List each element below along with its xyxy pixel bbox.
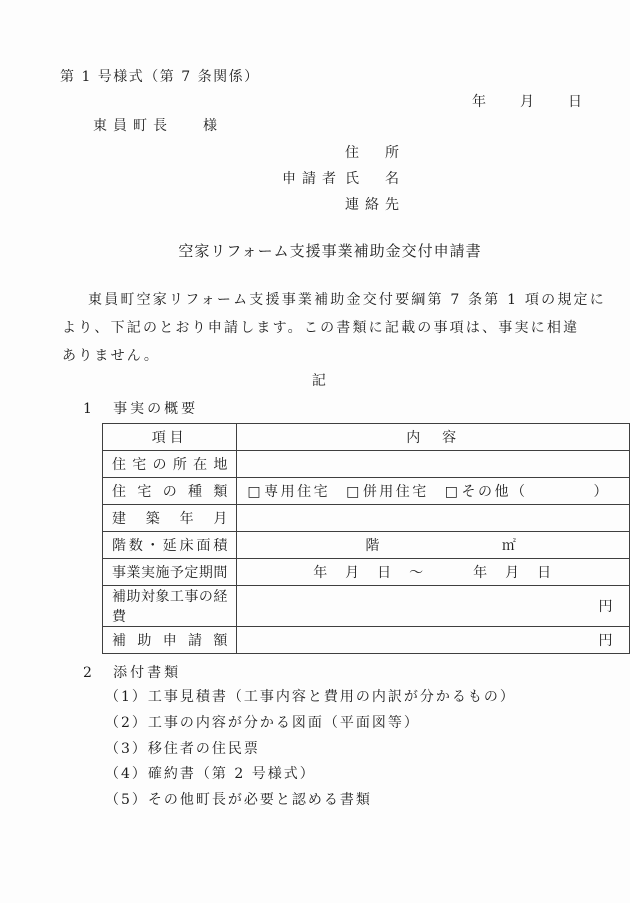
date-line: 年 月 日: [0, 91, 584, 111]
checkbox-icon[interactable]: □: [445, 484, 461, 500]
table-row: 事業実施予定期間 年 月 日 ～ 年 月 日: [103, 559, 630, 586]
table-row: 建築年月: [103, 505, 630, 532]
row-label-built-date: 建築年月: [103, 505, 237, 532]
section1-title: 事実の概要: [113, 401, 198, 417]
attachment-item-1: （1）工事見積書（工事内容と費用の内訳が分かるもの）: [105, 685, 516, 711]
location-input-cell[interactable]: [237, 451, 630, 478]
document-title: 空家リフォーム支援事業補助金交付申請書: [30, 240, 630, 261]
table-header-row: 項目 内 容: [103, 424, 630, 451]
house-type-options-cell: □専用住宅 □併用住宅 □その他（ ）: [237, 478, 630, 505]
addressee-name: 東員町長: [93, 118, 173, 134]
attachment-item-2: （2）工事の内容が分かる図面（平面図等）: [105, 711, 516, 737]
checkbox-icon[interactable]: □: [247, 484, 263, 500]
table-row: 住宅の所在地: [103, 451, 630, 478]
table-header-content: 内 容: [237, 424, 630, 451]
option-label: その他（ ）: [462, 484, 611, 500]
statement-line-2: より、下記のとおり申請します。この書類に記載の事項は、事実に相違: [62, 314, 588, 342]
record-heading: 記: [0, 370, 630, 390]
applicant-role-spacer: [282, 140, 345, 166]
row-label-project-period: 事業実施予定期間: [103, 559, 237, 586]
section2-title: 添付書類: [113, 665, 181, 681]
option-label: 専用住宅: [264, 484, 330, 500]
applicant-role-spacer: [282, 192, 345, 218]
section2-number: 2: [83, 665, 94, 681]
section1-number: 1: [83, 401, 94, 417]
facts-table: 項目 内 容 住宅の所在地 住宅の種類 □専用住宅 □併用住宅 □その他（ ） …: [102, 423, 630, 654]
addressee-line: 東員町長様: [93, 115, 223, 135]
table-header-item: 項目: [103, 424, 237, 451]
eligible-cost-input-cell[interactable]: 円: [237, 586, 630, 627]
floors-unit: 階: [365, 538, 382, 554]
document-page: 第 1 号様式（第 7 条関係） 年 月 日 東員町長様 住 所 申請者 氏 名…: [0, 0, 630, 903]
attachment-item-4: （4）確約書（第 2 号様式）: [105, 762, 516, 788]
floors-area-input-cell[interactable]: 階㎡: [237, 532, 630, 559]
attachment-item-5: （5）その他町長が必要と認める書類: [105, 788, 516, 814]
row-label-house-type: 住宅の種類: [103, 478, 237, 505]
applicant-name-row: 申請者 氏 名: [282, 166, 405, 192]
row-label-location: 住宅の所在地: [103, 451, 237, 478]
applicant-name-label: 氏 名: [345, 166, 405, 192]
attachments-list: （1）工事見積書（工事内容と費用の内訳が分かるもの） （2）工事の内容が分かる図…: [105, 685, 516, 814]
statement-line-3: ありません。: [62, 342, 588, 370]
application-statement: 東員町空家リフォーム支援事業補助金交付要綱第 7 条第 1 項の規定に より、下…: [62, 286, 588, 370]
section1-heading: 1事実の概要: [83, 398, 198, 418]
subsidy-amount-input-cell[interactable]: 円: [237, 627, 630, 654]
statement-line-1: 東員町空家リフォーム支援事業補助金交付要綱第 7 条第 1 項の規定に: [62, 286, 588, 314]
project-period-input-cell[interactable]: 年 月 日 ～ 年 月 日: [237, 559, 630, 586]
table-row: 補助申請額 円: [103, 627, 630, 654]
checkbox-icon[interactable]: □: [346, 484, 362, 500]
table-row: 階数・延床面積 階㎡: [103, 532, 630, 559]
house-type-option-combined: □併用住宅: [346, 484, 429, 500]
attachment-item-3: （3）移住者の住民票: [105, 737, 516, 763]
applicant-address-row: 住 所: [282, 140, 405, 166]
house-type-option-other: □その他（ ）: [445, 484, 610, 500]
form-number-note: 第 1 号様式（第 7 条関係）: [60, 66, 260, 86]
table-row: 住宅の種類 □専用住宅 □併用住宅 □その他（ ）: [103, 478, 630, 505]
table-row: 補助対象工事の経費 円: [103, 586, 630, 627]
applicant-block: 住 所 申請者 氏 名 連絡先: [282, 140, 405, 218]
section2-heading: 2添付書類: [83, 662, 181, 682]
applicant-contact-label: 連絡先: [345, 192, 405, 218]
house-type-option-dedicated: □専用住宅: [247, 484, 330, 500]
applicant-contact-row: 連絡先: [282, 192, 405, 218]
row-label-eligible-cost: 補助対象工事の経費: [103, 586, 237, 627]
row-label-floors-area: 階数・延床面積: [103, 532, 237, 559]
applicant-role-label: 申請者: [282, 166, 345, 192]
option-label: 併用住宅: [363, 484, 429, 500]
built-date-input-cell[interactable]: [237, 505, 630, 532]
row-label-subsidy-amount: 補助申請額: [103, 627, 237, 654]
applicant-address-label: 住 所: [345, 140, 405, 166]
addressee-honorific: 様: [203, 118, 223, 134]
area-unit: ㎡: [502, 538, 519, 554]
